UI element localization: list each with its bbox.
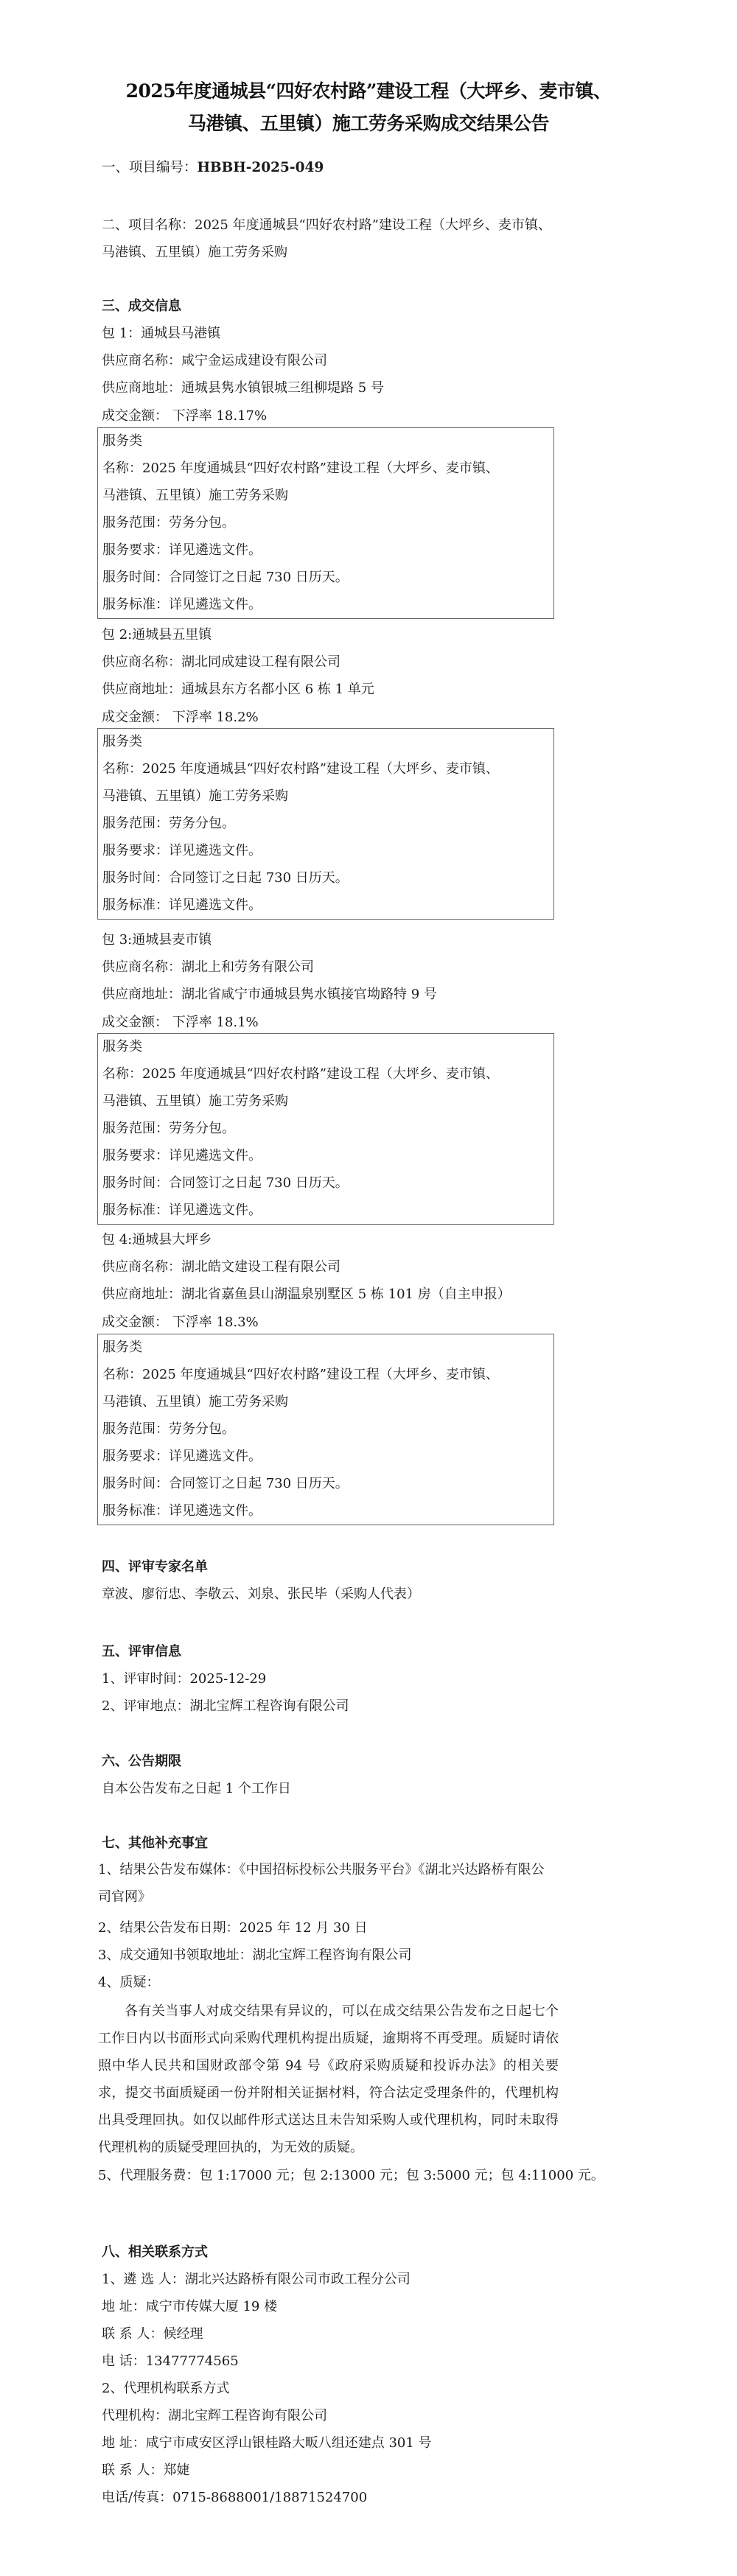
service-name-line-1: 名称：2025 年度通城县“四好农村路”建设工程（大坪乡、麦市镇、 xyxy=(102,1366,499,1384)
agency-phone-fax: 电话/传真：0715-8688001/18871524700 xyxy=(102,2489,367,2507)
package-2-amount: 成交金额： 下浮率 18.2% xyxy=(102,709,259,727)
service-name-line-2: 马港镇、五里镇）施工劳务采购 xyxy=(102,788,288,805)
project-name-line-1: 二、项目名称：2025 年度通城县“四好农村路”建设工程（大坪乡、麦市镇、 xyxy=(102,217,551,234)
package-3-supplier-address: 供应商地址：湖北省咸宁市通城县隽水镇接官坳路特 9 号 xyxy=(102,986,437,1004)
service-standard: 服务标准：详见遴选文件。 xyxy=(102,897,262,914)
package-4-service-box: 服务类 名称：2025 年度通城县“四好农村路”建设工程（大坪乡、麦市镇、 马港… xyxy=(97,1334,554,1525)
service-name-line-2: 马港镇、五里镇）施工劳务采购 xyxy=(102,1393,288,1411)
package-4-supplier-name: 供应商名称：湖北皓文建设工程有限公司 xyxy=(102,1259,340,1276)
section-heading-experts: 四、评审专家名单 xyxy=(102,1558,208,1576)
service-time: 服务时间：合同签订之日起 730 日历天。 xyxy=(102,569,349,587)
service-name-line-2: 马港镇、五里镇）施工劳务采购 xyxy=(102,487,288,505)
selector-name: 1、遴 选 人：湖北兴达路桥有限公司市政工程分公司 xyxy=(102,2271,411,2289)
publish-media-line-2: 司官网》 xyxy=(98,1889,151,1906)
package-4-amount: 成交金额： 下浮率 18.3% xyxy=(102,1314,259,1331)
package-2-service-box: 服务类 名称：2025 年度通城县“四好农村路”建设工程（大坪乡、麦市镇、 马港… xyxy=(97,728,554,920)
section-heading-contacts: 八、相关联系方式 xyxy=(102,2244,208,2261)
package-4-title: 包 4:通城县大坪乡 xyxy=(102,1231,212,1249)
agency-address: 地 址：咸宁市咸安区浮山银桂路大畈八组还建点 301 号 xyxy=(102,2435,432,2452)
section-heading-other-matters: 七、其他补充事宜 xyxy=(102,1835,208,1852)
selector-contact: 联 系 人：候经理 xyxy=(102,2325,203,2343)
project-number-label: 一、项目编号： xyxy=(102,160,198,175)
service-category: 服务类 xyxy=(102,433,142,450)
agency-heading: 2、代理机构联系方式 xyxy=(102,2380,229,2398)
service-category: 服务类 xyxy=(102,1339,142,1357)
selector-phone: 电 话：13477774565 xyxy=(102,2353,239,2370)
service-name-line-1: 名称：2025 年度通城县“四好农村路”建设工程（大坪乡、麦市镇、 xyxy=(102,760,499,778)
service-time: 服务时间：合同签订之日起 730 日历天。 xyxy=(102,1175,349,1192)
expert-list: 章波、廖衍忠、李敬云、刘泉、张民毕（采购人代表） xyxy=(102,1586,420,1603)
selector-address: 地 址：咸宁市传媒大厦 19 楼 xyxy=(102,2298,277,2316)
package-3-service-box: 服务类 名称：2025 年度通城县“四好农村路”建设工程（大坪乡、麦市镇、 马港… xyxy=(97,1033,554,1225)
package-3-amount: 成交金额： 下浮率 18.1% xyxy=(102,1014,259,1032)
service-standard: 服务标准：详见遴选文件。 xyxy=(102,596,262,614)
service-scope: 服务范围：劳务分包。 xyxy=(102,514,235,532)
package-1-amount: 成交金额： 下浮率 18.17% xyxy=(102,407,267,425)
agency-fees: 5、代理服务费：包 1:17000 元；包 2:13000 元；包 3:5000… xyxy=(98,2167,604,2185)
package-3-supplier-name: 供应商名称：湖北上和劳务有限公司 xyxy=(102,959,314,976)
project-number: 一、项目编号：HBBH-2025-049 xyxy=(102,159,324,177)
challenge-text: 各有关当事人对成交结果有异议的，可以在成交结果公告发布之日起七个工作日内以书面形… xyxy=(98,1998,559,2161)
section-heading-review-info: 五、评审信息 xyxy=(102,1643,181,1661)
package-1-title: 包 1：通城县马港镇 xyxy=(102,325,220,343)
review-time: 1、评审时间：2025-12-29 xyxy=(102,1670,266,1688)
service-scope: 服务范围：劳务分包。 xyxy=(102,1421,235,1438)
service-requirement: 服务要求：详见遴选文件。 xyxy=(102,1147,262,1165)
service-name-line-1: 名称：2025 年度通城县“四好农村路”建设工程（大坪乡、麦市镇、 xyxy=(102,460,499,477)
document-title-line-2: 马港镇、五里镇）施工劳务采购成交结果公告 xyxy=(0,109,737,136)
service-scope: 服务范围：劳务分包。 xyxy=(102,1120,235,1138)
agency-contact: 联 系 人：郑婕 xyxy=(102,2462,189,2479)
package-2-supplier-address: 供应商地址：通城县东方名都小区 6 栋 1 单元 xyxy=(102,681,374,699)
service-category: 服务类 xyxy=(102,733,142,751)
service-standard: 服务标准：详见遴选文件。 xyxy=(102,1202,262,1219)
package-4-supplier-address: 供应商地址：湖北省嘉鱼县山湖温泉别墅区 5 栋 101 房（自主申报） xyxy=(102,1286,511,1303)
package-1-supplier-name: 供应商名称：咸宁金运成建设有限公司 xyxy=(102,352,327,370)
service-requirement: 服务要求：详见遴选文件。 xyxy=(102,1448,262,1466)
package-1-supplier-address: 供应商地址：通城县隽水镇银城三组柳堤路 5 号 xyxy=(102,379,384,397)
service-standard: 服务标准：详见遴选文件。 xyxy=(102,1502,262,1520)
service-name-line-1: 名称：2025 年度通城县“四好农村路”建设工程（大坪乡、麦市镇、 xyxy=(102,1065,499,1083)
package-2-supplier-name: 供应商名称：湖北同成建设工程有限公司 xyxy=(102,654,340,671)
service-scope: 服务范围：劳务分包。 xyxy=(102,815,235,833)
package-3-title: 包 3:通城县麦市镇 xyxy=(102,931,212,949)
notice-pickup-address: 3、成交通知书领取地址：湖北宝辉工程咨询有限公司 xyxy=(98,1947,411,1964)
service-time: 服务时间：合同签订之日起 730 日历天。 xyxy=(102,1475,349,1493)
project-number-value: HBBH-2025-049 xyxy=(198,160,324,175)
package-2-title: 包 2:通城县五里镇 xyxy=(102,626,212,644)
service-time: 服务时间：合同签订之日起 730 日历天。 xyxy=(102,869,349,887)
notice-period-text: 自本公告发布之日起 1 个工作日 xyxy=(102,1780,291,1798)
service-requirement: 服务要求：详见遴选文件。 xyxy=(102,542,262,559)
challenge-label: 4、质疑： xyxy=(98,1974,159,1992)
service-category: 服务类 xyxy=(102,1038,142,1056)
document-title-line-1: 2025年度通城县“四好农村路”建设工程（大坪乡、麦市镇、 xyxy=(0,77,737,103)
package-1-service-box: 服务类 名称：2025 年度通城县“四好农村路”建设工程（大坪乡、麦市镇、 马港… xyxy=(97,427,554,619)
section-heading-deal-info: 三、成交信息 xyxy=(102,298,181,315)
project-name-line-2: 马港镇、五里镇）施工劳务采购 xyxy=(102,244,287,262)
review-place: 2、评审地点：湖北宝辉工程咨询有限公司 xyxy=(102,1698,349,1715)
service-name-line-2: 马港镇、五里镇）施工劳务采购 xyxy=(102,1093,288,1110)
publish-date: 2、结果公告发布日期：2025 年 12 月 30 日 xyxy=(98,1919,368,1937)
announcement-page: 2025年度通城县“四好农村路”建设工程（大坪乡、麦市镇、 马港镇、五里镇）施工… xyxy=(0,0,737,2576)
service-requirement: 服务要求：详见遴选文件。 xyxy=(102,842,262,860)
section-heading-notice-period: 六、公告期限 xyxy=(102,1753,181,1771)
publish-media-line-1: 1、结果公告发布媒体：《中国招标投标公共服务平台》《湖北兴达路桥有限公 xyxy=(98,1861,544,1879)
agency-name: 代理机构：湖北宝辉工程咨询有限公司 xyxy=(102,2407,327,2425)
